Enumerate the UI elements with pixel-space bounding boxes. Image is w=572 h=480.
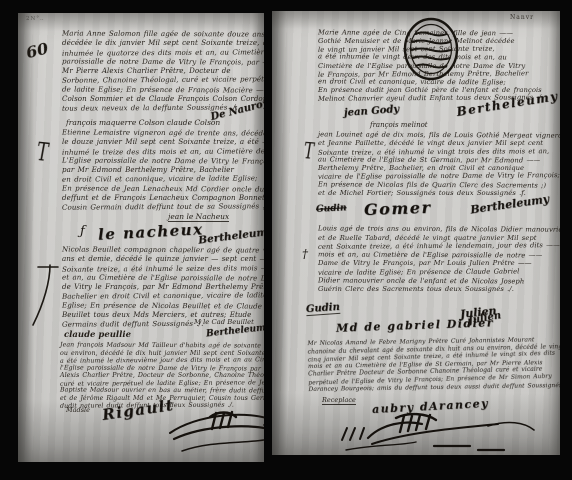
manuscript-line: Bachelier en droit Civil et canonique, v… bbox=[62, 291, 264, 302]
manuscript-line: décédée le dix janvier Mil sept cent Soi… bbox=[62, 38, 264, 47]
burial-entry-2: Etienne Lemaistre vigneron agé de trente… bbox=[62, 128, 264, 211]
manuscript-line: au Cimetière de l'Eglise de St Germain, … bbox=[318, 155, 554, 165]
manuscript-line: en droit Civil et canonique, vicaire de … bbox=[62, 174, 264, 185]
margin-flourish-icon bbox=[30, 263, 64, 329]
margin-note: Receplace bbox=[322, 396, 356, 405]
folio-number: 60 bbox=[24, 39, 50, 63]
manuscript-line: Louis agé de trois ans ou environ, fils … bbox=[318, 224, 554, 234]
corner-pencil-note: 2N°‥ bbox=[26, 16, 45, 22]
signature-jean-gody: jean Gody bbox=[344, 104, 400, 119]
tail-word: Madsle bbox=[66, 406, 90, 414]
manuscript-line: Marie Anne agée de Cinq Semaines, fille … bbox=[318, 28, 554, 37]
manuscript-line: Didier manouvrier oncle de l'enfant et d… bbox=[318, 276, 554, 286]
margin-section-icon: ƒ bbox=[80, 224, 85, 239]
manuscript-line: l'Eglise paroissialle de notre Dame de V… bbox=[60, 364, 264, 373]
signature-flourish-icon bbox=[168, 405, 264, 457]
manuscript-line: paroissialle de notre Dame de Vitry le F… bbox=[62, 56, 264, 66]
page-right: Nanvr Marie Anne agée de Cinq Semaines, … bbox=[272, 11, 560, 455]
manuscript-line: L'Eglise paroissialle de notre Dame de V… bbox=[62, 155, 264, 165]
manuscript-line: Maria Anne Salomon fille agée de soixant… bbox=[62, 28, 264, 38]
witness-signature-line: françois maquerre Colson claude Colson bbox=[66, 118, 220, 127]
manuscript-line: Sorbonne, Chanoine Théologal, curé et vi… bbox=[62, 75, 264, 86]
manuscript-line: et an, au Cimetière de l'Eglise paroissi… bbox=[62, 272, 264, 282]
manuscript-line: Jean françois Madsour Md Tailleur d'habi… bbox=[60, 341, 264, 350]
signature-flourish-icon bbox=[338, 410, 538, 454]
signature-gudin: Gudin bbox=[306, 302, 341, 316]
manuscript-line: jean Louinet agé de dix mois, fils de Lo… bbox=[318, 130, 554, 140]
burial-entry-4: Mr Nicolas Amand le Febre Marigny Prêtre… bbox=[307, 335, 558, 393]
page-left: 2N°‥ 60 Maria Anne Salomon fille agée de… bbox=[18, 13, 264, 462]
burial-entry-3: Nicolas Beuillet compagnon chapelier agé… bbox=[62, 245, 264, 328]
manuscript-line: Eglise; En présence de Nicolas Beuillet … bbox=[62, 300, 264, 310]
manuscript-line: ans et demie, décédé le quinze janvier —… bbox=[62, 254, 264, 263]
signature-berthelemy: Bertheleumy bbox=[198, 225, 264, 246]
signature-gomer: Gomer bbox=[364, 198, 432, 219]
margin-dagger-icon: † bbox=[302, 247, 308, 261]
burial-entry-2: jean Louinet agé de dix mois, fils de Lo… bbox=[318, 131, 554, 197]
margin-cross-icon: T bbox=[36, 137, 49, 168]
manuscript-line: Cousin Germain dudit deffunt tout de sa … bbox=[62, 201, 264, 212]
signature-le-nacheux: le nacheux bbox=[98, 220, 204, 243]
manuscript-line: Baptiste Madsour ouvrier en bas au métie… bbox=[60, 386, 264, 395]
manuscript-line: En présence de Jean Lenacheux Md Cordier… bbox=[62, 183, 264, 193]
manuscript-line: En présence de Nicolas fils de Quarin Cl… bbox=[318, 180, 554, 190]
register-scan: 2N°‥ 60 Maria Anne Salomon fille agée de… bbox=[0, 0, 572, 480]
manuscript-line: en droit Civil et canonique, vicaire de … bbox=[318, 77, 554, 86]
manuscript-line: le douze janvier Mil sept cent Soixante … bbox=[62, 137, 264, 146]
signature-melinot: françois melinot bbox=[370, 121, 428, 129]
margin-cross-icon: T bbox=[304, 137, 315, 165]
burial-entry-3: Louis agé de trois ans ou environ, fils … bbox=[318, 225, 554, 294]
manuscript-line: de ladite Eglise; En présence de Françoi… bbox=[62, 84, 264, 94]
corner-ink-note: Nanvr bbox=[510, 14, 534, 21]
manuscript-line: Alexis Charlier Prêtre, Docteur de Sorbo… bbox=[60, 372, 264, 380]
burial-entry-1: Maria Anne Salomon fille agée de soixant… bbox=[62, 29, 264, 112]
signature-gudin-struck: Gudin bbox=[316, 203, 347, 215]
burial-entry-1: Marie Anne agée de Cinq Semaines, fille … bbox=[318, 29, 554, 102]
manuscript-line: Etienne Lemaistre vigneron agé de trente… bbox=[62, 127, 264, 137]
manuscript-line: mois et an, au Cimetière de l'Eglise par… bbox=[318, 250, 554, 260]
manuscript-line: Guérin Clerc des Sacrements tous deux So… bbox=[318, 285, 554, 294]
entry-heading: claude peullie bbox=[64, 330, 131, 340]
manuscript-line: et Jeanne Paillette, décédé le vingt deu… bbox=[318, 139, 554, 147]
manuscript-line: Nicolas Beuillet compagnon chapelier agé… bbox=[62, 244, 264, 254]
